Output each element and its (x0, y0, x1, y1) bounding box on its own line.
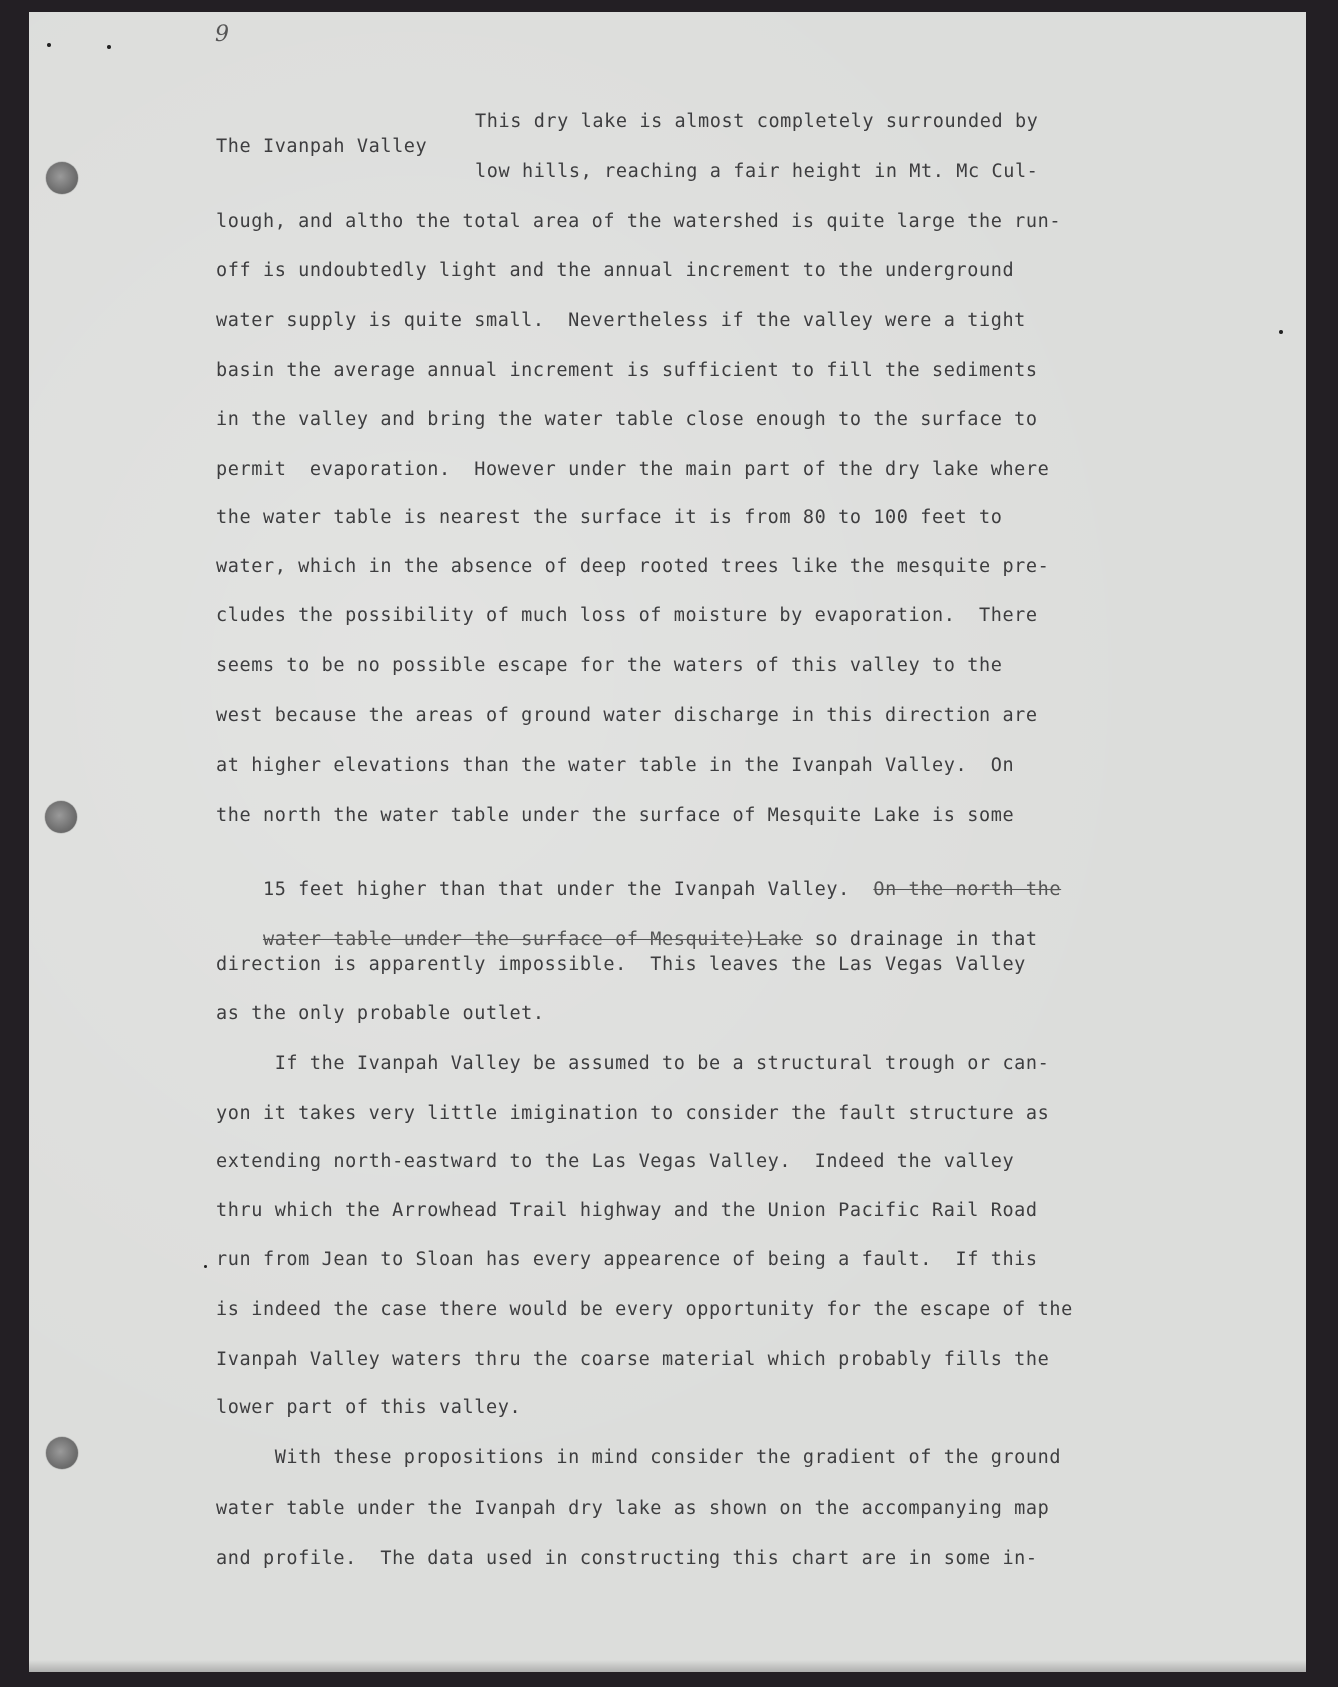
text-line: With these propositions in mind consider… (216, 1446, 1061, 1470)
text-line: lough, and altho the total area of the w… (216, 210, 1061, 234)
text-line: is indeed the case there would be every … (216, 1298, 1073, 1322)
document-page: 9 The Ivanpah Valley This dry lake is al… (29, 12, 1306, 1672)
text-line: water, which in the absence of deep root… (216, 555, 1049, 579)
text-line: off is undoubtedly light and the annual … (216, 259, 1014, 283)
speck (47, 43, 51, 47)
text-line: Ivanpah Valley waters thru the coarse ma… (216, 1348, 1049, 1372)
punch-hole-icon (46, 1437, 78, 1469)
page-number: 9 (215, 22, 229, 47)
punch-hole-icon (45, 801, 77, 833)
text-line: thru which the Arrowhead Trail highway a… (216, 1199, 1038, 1223)
text-line: at higher elevations than the water tabl… (216, 754, 1014, 778)
text-line: direction is apparently impossible. This… (216, 953, 1026, 977)
text-line: the water table is nearest the surface i… (216, 506, 1002, 530)
section-side-heading: The Ivanpah Valley (216, 136, 427, 157)
text-line: permit evaporation. However under the ma… (216, 458, 1049, 482)
punch-hole-icon (46, 162, 78, 194)
text-line: seems to be no possible escape for the w… (216, 654, 1002, 678)
text-line: in the valley and bring the water table … (216, 408, 1038, 432)
speck (204, 1265, 207, 1268)
text-line: the north the water table under the surf… (216, 804, 1014, 828)
line-text: 15 feet higher than that under the Ivanp… (263, 879, 873, 900)
text-line: extending north-eastward to the Las Vega… (216, 1150, 1014, 1174)
struck-text: On the north the (873, 879, 1061, 900)
text-line: water supply is quite small. Nevertheles… (216, 309, 1026, 333)
line-text: so drainage in that (803, 929, 1038, 950)
paper-edge (29, 1660, 1306, 1672)
text-line: west because the areas of ground water d… (216, 704, 1038, 728)
text-line: water table under the Ivanpah dry lake a… (216, 1497, 1049, 1521)
speck (107, 45, 111, 49)
text-line: cludes the possibility of much loss of m… (216, 604, 1038, 628)
text-line: If the Ivanpah Valley be assumed to be a… (216, 1052, 1049, 1076)
text-line: and profile. The data used in constructi… (216, 1547, 1038, 1571)
text-line: yon it takes very little imigination to … (216, 1102, 1049, 1126)
speck (1279, 330, 1283, 334)
text-line: run from Jean to Sloan has every appeare… (216, 1248, 1038, 1272)
text-line: lower part of this valley. (216, 1396, 521, 1420)
text-line: basin the average annual increment is su… (216, 359, 1038, 383)
text-line: as the only probable outlet. (216, 1002, 545, 1026)
text-line: This dry lake is almost completely surro… (475, 110, 1038, 134)
struck-text: water table under the surface of Mesquit… (263, 929, 803, 950)
text-line: low hills, reaching a fair height in Mt.… (475, 160, 1038, 184)
